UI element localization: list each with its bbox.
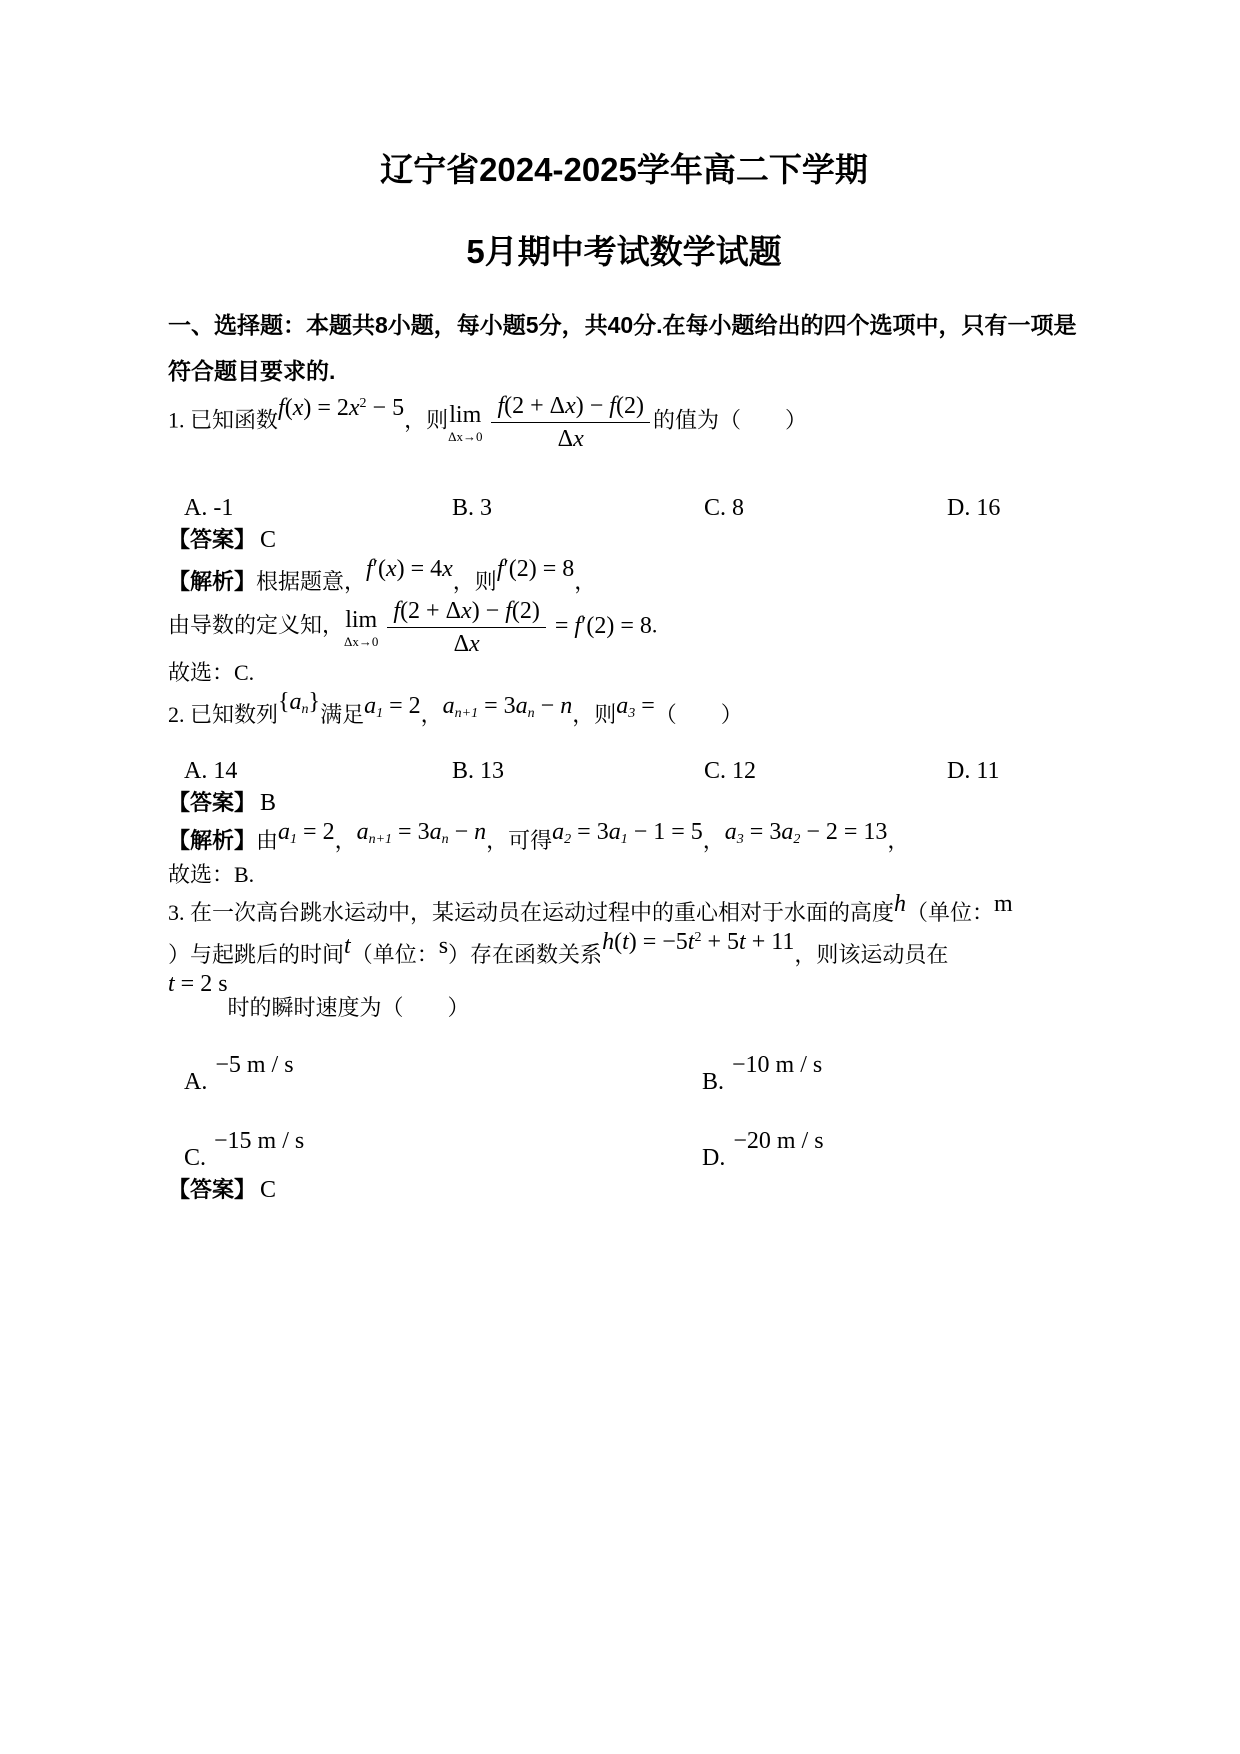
q3-option-c-value: −15 m / s: [214, 1128, 304, 1154]
q2-initial-term-formula: a1 = 2: [364, 693, 421, 719]
q2-analysis-text-d: ，: [703, 828, 725, 853]
exam-title-line2: 5月期中考试数学试题: [168, 232, 1080, 272]
exam-paper-page: 辽宁省2024-2025学年高二下学期 5月期中考试数学试题 一、选择题：本题共…: [0, 0, 1240, 1754]
section-1-heading: 一、选择题：本题共8小题，每小题5分，共40分.在每小题给出的四个选项中，只有一…: [168, 302, 1080, 394]
q3-text-line2b: （单位：: [351, 942, 439, 967]
q1-analysis-text-e: .: [652, 613, 658, 638]
question-1-stem: 1. 已知函数f(x) = 2x2 − 5，则limΔx→0f(2 + Δx) …: [168, 394, 1080, 451]
q3-option-d-value: −20 m / s: [733, 1128, 823, 1154]
q1-text-suffix: 的值为（ ）: [653, 408, 807, 433]
q2-analysis-text-e: ，: [887, 828, 909, 853]
q3-option-a: A.−5 m / s: [184, 1053, 702, 1097]
answer-label: 【答案】: [168, 790, 256, 815]
q3-option-a-letter: A.: [184, 1069, 207, 1095]
q2-answer-line: 【答案】B: [168, 786, 1080, 820]
q2-conclusion: 故选：B.: [168, 858, 1080, 892]
q1-analysis-text-b: ，则: [453, 569, 497, 594]
q1-answer-line: 【答案】C: [168, 523, 1080, 557]
q1-limit-formula: limΔx→0f(2 + Δx) − f(2)Δx: [448, 408, 653, 434]
answer-label: 【答案】: [168, 527, 256, 552]
q3-option-c: C.−15 m / s: [184, 1129, 702, 1173]
q3-time-variable: t: [344, 933, 351, 959]
q2-sequence-notation: {an}: [278, 689, 320, 715]
q3-options-row2: C.−15 m / s D.−20 m / s: [168, 1129, 1080, 1173]
q3-answer-letter: C: [256, 1177, 276, 1203]
q1-options: A. -1 B. 3 C. 8 D. 16: [168, 493, 1080, 523]
q2-option-b: B. 13: [452, 756, 704, 786]
q2-text-mid3: ，则: [572, 702, 616, 727]
question-3-line1: 3. 在一次高台跳水运动中，某运动员在运动过程中的重心相对于水面的高度h（单位：…: [168, 892, 1080, 930]
answer-label: 【答案】: [168, 1177, 256, 1202]
analysis-label: 【解析】: [168, 569, 256, 594]
q3-option-b: B.−10 m / s: [702, 1053, 822, 1097]
q2-target-term-formula: a3 =: [616, 693, 655, 719]
q1-analysis-text-c: ，: [574, 569, 596, 594]
q1-conclusion: 故选：C.: [168, 656, 1080, 690]
q1-answer-letter: C: [256, 527, 276, 553]
q2-analysis-text-b: ，: [335, 828, 357, 853]
q1-derivative-at-2-formula: f′(2) = 8: [497, 556, 574, 582]
q3-text-line2a: ）与起跳后的时间: [168, 942, 344, 967]
q2-a3-calculation-formula: a3 = 3a2 − 2 = 13: [725, 819, 888, 845]
q3-options-row1: A.−5 m / s B.−10 m / s: [168, 1053, 1080, 1097]
q1-text-mid: ，则: [404, 408, 448, 433]
q1-option-c: C. 8: [704, 493, 947, 523]
q3-text-line2c: ）存在函数关系: [448, 942, 602, 967]
q2-a2-calculation-formula: a2 = 3a1 − 1 = 5: [552, 819, 703, 845]
q2-analysis-text-c: ，可得: [486, 828, 552, 853]
q3-height-function-formula: h(t) = −5t2 + 5t + 11: [602, 929, 794, 955]
q2-text-prefix: 2. 已知数列: [168, 702, 278, 727]
exam-title-line1: 辽宁省2024-2025学年高二下学期: [168, 150, 1080, 190]
q3-time-value-formula: t = 2 s: [168, 971, 228, 997]
q2-recurrence-formula: an+1 = 3an − n: [443, 693, 573, 719]
q3-option-d: D.−20 m / s: [702, 1129, 824, 1173]
analysis-label: 【解析】: [168, 828, 256, 853]
q2-text-suffix: （ ）: [655, 702, 743, 727]
q3-height-variable: h: [894, 891, 906, 917]
q1-analysis-text-a: 根据题意，: [256, 569, 366, 594]
q3-text-line3: 时的瞬时速度为（ ）: [228, 995, 470, 1020]
q2-option-c: C. 12: [704, 756, 947, 786]
q2-text-mid1: 满足: [320, 702, 364, 727]
q3-unit-s: s: [439, 933, 448, 959]
q2-recurrence-formula-repeat: an+1 = 3an − n: [357, 819, 487, 845]
q1-analysis-text-d: 由导数的定义知，: [168, 613, 344, 638]
q3-option-d-letter: D.: [702, 1145, 725, 1171]
q3-unit-m: m: [994, 891, 1013, 917]
q3-text-line2d: ，则该运动员在: [794, 942, 948, 967]
q1-option-b: B. 3: [452, 493, 704, 523]
question-3-line3: t = 2 s时的瞬时速度为（ ）: [168, 972, 1080, 1025]
q2-option-d: D. 11: [947, 756, 999, 786]
q1-analysis-line1: 【解析】根据题意，f′(x) = 4x，则f′(2) = 8，: [168, 557, 1080, 599]
q2-analysis-line: 【解析】由a1 = 2，an+1 = 3an − n，可得a2 = 3a1 − …: [168, 820, 1080, 858]
q1-limit-evaluation-formula: limΔx→0f(2 + Δx) − f(2)Δx = f′(2) = 8: [344, 613, 652, 639]
q2-answer-letter: B: [256, 790, 276, 816]
q3-text-line1a: 3. 在一次高台跳水运动中，某运动员在运动过程中的重心相对于水面的高度: [168, 900, 894, 925]
q2-initial-term-formula-repeat: a1 = 2: [278, 819, 335, 845]
q1-analysis-line2: 由导数的定义知，limΔx→0f(2 + Δx) − f(2)Δx = f′(2…: [168, 599, 1080, 656]
question-3-line2: ）与起跳后的时间t（单位：s）存在函数关系h(t) = −5t2 + 5t + …: [168, 930, 1080, 972]
q3-option-c-letter: C.: [184, 1145, 206, 1171]
q2-text-mid2: ，: [421, 702, 443, 727]
q2-analysis-text-a: 由: [256, 828, 278, 853]
q1-derivative-formula: f′(x) = 4x: [366, 556, 453, 582]
q1-text-prefix: 1. 已知函数: [168, 408, 278, 433]
q1-option-a: A. -1: [184, 493, 452, 523]
q1-function-formula: f(x) = 2x2 − 5: [278, 395, 404, 421]
q3-answer-line: 【答案】C: [168, 1173, 1080, 1207]
q1-option-d: D. 16: [947, 493, 1000, 523]
q2-option-a: A. 14: [184, 756, 452, 786]
question-2-stem: 2. 已知数列{an}满足a1 = 2，an+1 = 3an − n，则a3 =…: [168, 690, 1080, 732]
q3-option-b-letter: B.: [702, 1069, 724, 1095]
q3-option-a-value: −5 m / s: [215, 1052, 293, 1078]
q3-option-b-value: −10 m / s: [732, 1052, 822, 1078]
q2-options: A. 14 B. 13 C. 12 D. 11: [168, 756, 1080, 786]
q3-text-line1b: （单位：: [906, 900, 994, 925]
